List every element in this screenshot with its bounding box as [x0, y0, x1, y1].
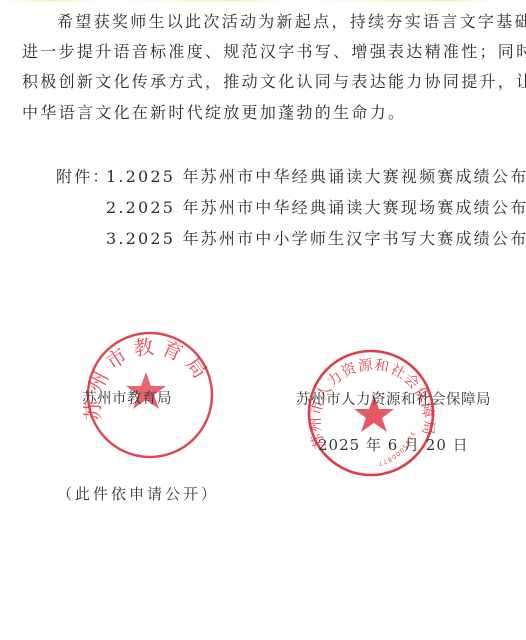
attachment-item-3: 3.2025 年苏州市中小学师生汉字书写大赛成绩公布 [106, 229, 526, 249]
paragraph-line-2: 进一步提升语音标准度、规范汉字书写、增强表达精准性；同时 [22, 42, 526, 62]
paragraph-line-4: 中华语言文化在新时代绽放更加蓬勃的生命力。 [22, 103, 406, 123]
issuer-education-bureau: 苏州市教育局 [82, 390, 172, 408]
paragraph-line-1: 希望获奖师生以此次活动为新起点，持续夯实语言文字基础， [57, 12, 526, 32]
attachment-item-2: 2.2025 年苏州市中华经典诵读大赛现场赛成绩公布 [106, 198, 526, 218]
attachment-item-1: 1.2025 年苏州市中华经典诵读大赛视频赛成绩公布 [106, 167, 526, 187]
hr-bureau-seal-icon: 苏州市人力资源和社会保障局 3205000877 [306, 348, 438, 480]
page-top-edge [0, 0, 526, 2]
paragraph-line-3: 积极创新文化传承方式，推动文化认同与表达能力协同提升，让 [22, 72, 526, 92]
public-disclosure-note: （此件依申请公开） [57, 485, 219, 503]
issue-date: 2025 年 6 月 20 日 [318, 436, 469, 454]
attachments-label: 附件： [56, 167, 111, 187]
issuer-hr-bureau: 苏州市人力资源和社会保障局 [296, 391, 491, 409]
